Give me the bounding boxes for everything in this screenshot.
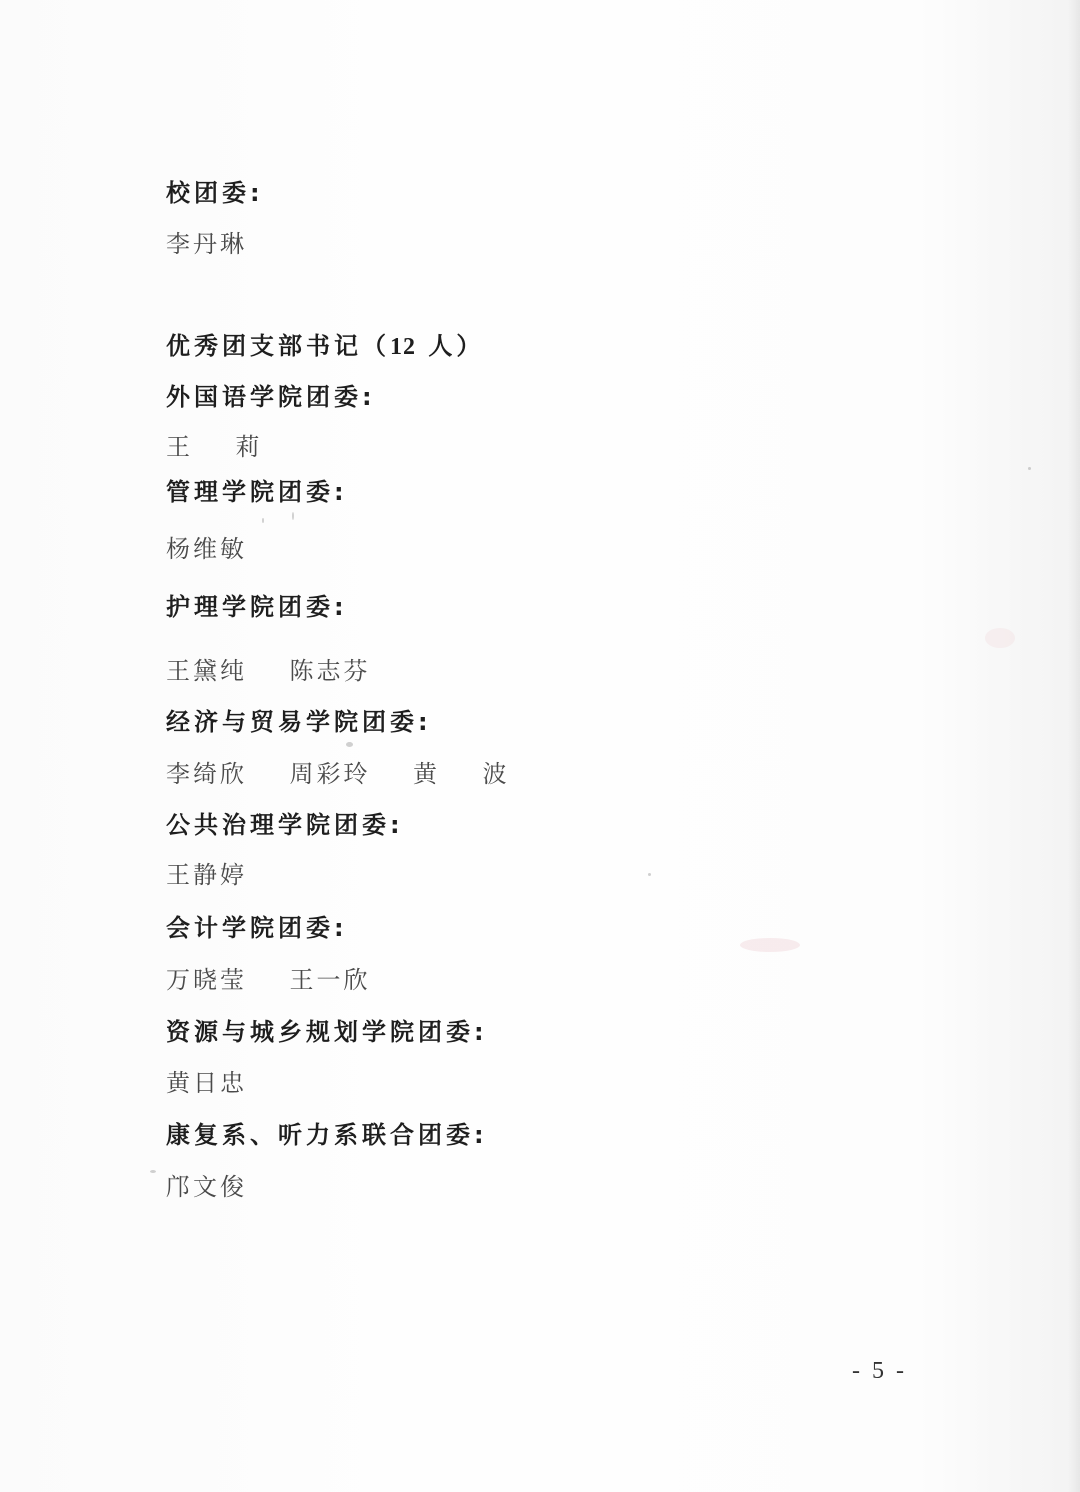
scan-speck xyxy=(262,518,264,523)
foreign-languages-heading: 外国语学院团委: xyxy=(166,383,376,411)
management-names: 杨维敏 xyxy=(166,535,247,563)
accounting-names: 万晓莹 王一欣 xyxy=(166,966,371,994)
school-committee-names: 李丹琳 xyxy=(166,230,247,258)
scan-speck xyxy=(150,1170,156,1173)
page-number: - 5 - xyxy=(852,1358,907,1385)
section-title-count: 12 xyxy=(390,334,416,360)
scan-speck xyxy=(292,512,294,520)
section-title-suffix: 人） xyxy=(416,332,484,360)
foreign-languages-names: 王 莉 xyxy=(166,433,263,461)
economics-trade-heading: 经济与贸易学院团委: xyxy=(166,708,432,736)
nursing-heading: 护理学院团委: xyxy=(166,593,348,621)
resources-planning-heading: 资源与城乡规划学院团委: xyxy=(166,1018,488,1046)
section-title: 优秀团支部书记（12 人） xyxy=(166,332,484,361)
page-edge-shadow xyxy=(1068,0,1080,1492)
accounting-heading: 会计学院团委: xyxy=(166,914,348,942)
management-heading: 管理学院团委: xyxy=(166,478,348,506)
nursing-names: 王黛纯 陈志芬 xyxy=(166,657,371,685)
scan-stain xyxy=(740,938,800,952)
rehab-hearing-names: 邝文俊 xyxy=(166,1173,247,1201)
scan-stain xyxy=(985,628,1015,648)
scan-speck xyxy=(1028,467,1031,470)
school-committee-heading: 校团委: xyxy=(166,179,264,207)
public-governance-names: 王静婷 xyxy=(166,861,247,889)
scan-speck xyxy=(346,742,353,747)
document-page: 校团委: 李丹琳 优秀团支部书记（12 人） 外国语学院团委: 王 莉 管理学院… xyxy=(0,0,1080,1492)
public-governance-heading: 公共治理学院团委: xyxy=(166,811,404,839)
resources-planning-names: 黄日忠 xyxy=(166,1069,247,1097)
scan-speck xyxy=(648,873,651,876)
rehab-hearing-heading: 康复系、听力系联合团委: xyxy=(166,1121,488,1149)
economics-trade-names: 李绮欣 周彩玲 黄 波 xyxy=(166,760,510,788)
section-title-prefix: 优秀团支部书记（ xyxy=(166,332,390,360)
